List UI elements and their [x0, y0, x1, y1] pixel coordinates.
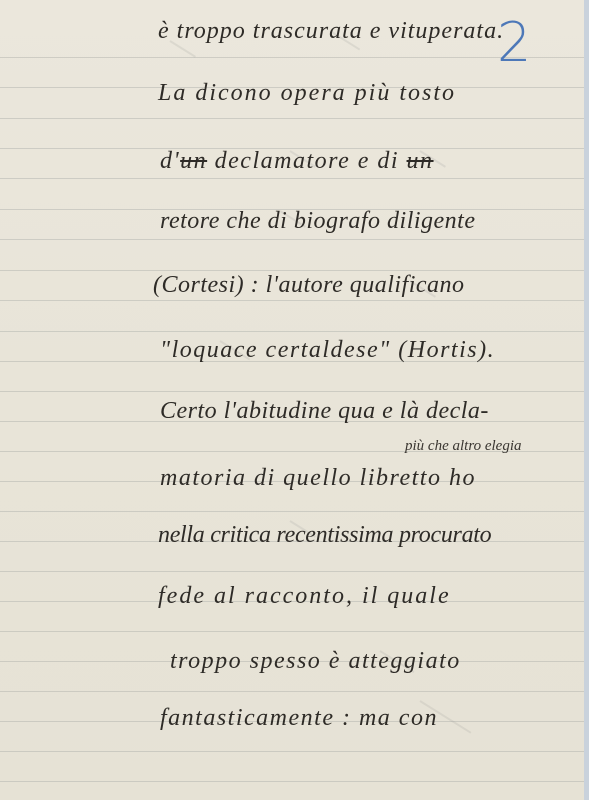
struck-word: un [407, 148, 434, 174]
interlinear-annotation: più che altro elegia [405, 438, 522, 455]
struck-word: un [180, 148, 207, 174]
ruled-line [0, 331, 584, 332]
manuscript-line: fantasticamente : ma con [160, 705, 438, 732]
manuscript-line: nella critica recentissima procurato [158, 522, 491, 549]
ruled-line [0, 270, 584, 271]
ruled-line [0, 691, 584, 692]
manuscript-text: declamatore e di [207, 148, 406, 174]
ruled-line [0, 571, 584, 572]
ruled-line [0, 781, 584, 782]
manuscript-line: La dicono opera più tosto [158, 80, 456, 107]
manuscript-line: retore che di biografo diligente [160, 208, 476, 235]
ruled-line [0, 178, 584, 179]
manuscript-line: Certo l'abitudine qua e là decla- [160, 398, 489, 425]
ruled-line [0, 631, 584, 632]
manuscript-text: d' [160, 148, 180, 174]
ruled-line [0, 239, 584, 240]
ruled-line [0, 391, 584, 392]
manuscript-line: (Cortesi) : l'autore qualificano [153, 272, 465, 299]
manuscript-line: d'un declamatore e di un [160, 148, 434, 175]
manuscript-line: matoria di quello libretto ho [160, 465, 476, 492]
manuscript-line: troppo spesso è atteggiato [170, 648, 461, 675]
manuscript-paper: 2 è troppo trascurata e vituperata. La d… [0, 0, 584, 800]
manuscript-line: è troppo trascurata e vituperata. [158, 18, 504, 45]
ruled-line [0, 118, 584, 119]
manuscript-line: fede al racconto, il quale [158, 583, 451, 610]
scan-edge [584, 0, 589, 800]
manuscript-line: "loquace certaldese" (Hortis). [160, 337, 495, 364]
ruled-line [0, 300, 584, 301]
ruled-line [0, 511, 584, 512]
ruled-line [0, 751, 584, 752]
